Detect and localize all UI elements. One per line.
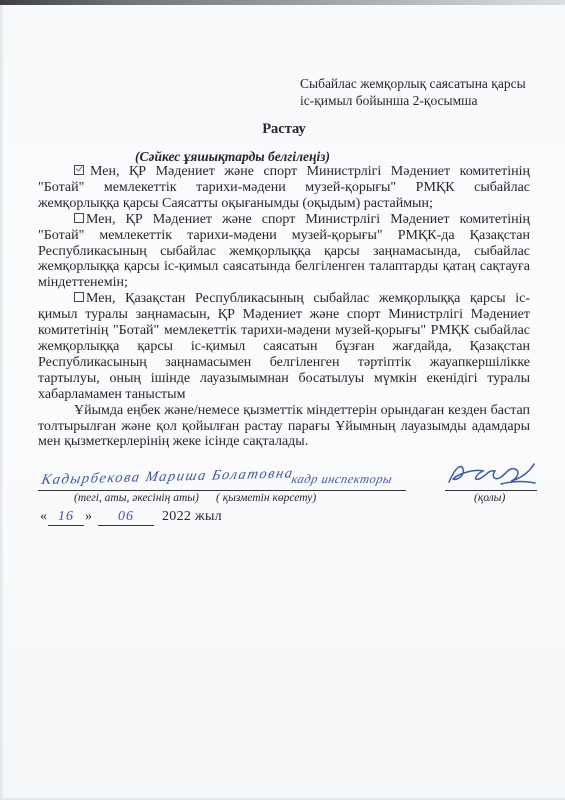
date-line: «16»062022 жыл [40, 509, 222, 526]
label-signature: (қолы) [474, 492, 505, 504]
appendix-header-line2: іс-қимыл бойынша 2-қосымша [300, 93, 526, 110]
paragraph-policy-read: Мен, ҚР Мәдениет және спорт Министрлігі … [38, 164, 530, 212]
signature-sign-line [445, 464, 537, 491]
label-full-name: (тегі, аты, әкесінің аты) [74, 492, 199, 504]
checkbox-policy-read [74, 165, 84, 175]
date-open-quote: « [40, 509, 47, 524]
checkbox-liability-notice [74, 292, 84, 302]
paragraph-liability-notice-text: Мен, Қазақстан Республикасының сыбайлас … [38, 291, 530, 401]
scanned-document-page: { "page": { "header_line1": "Сыбайлас же… [0, 0, 565, 800]
paragraph-liability-notice: Мен, Қазақстан Республикасының сыбайлас … [38, 291, 530, 402]
checkbox-compliance-obligation [74, 213, 84, 223]
signature-labels: (тегі, аты, әкесінің аты) ( қызметін көр… [38, 492, 530, 508]
handwritten-month: 06 [98, 509, 154, 526]
date-close-quote: » [85, 509, 92, 524]
handwritten-name: Кадырбекова Мариша Болатовна [40, 465, 295, 489]
paragraph-compliance-obligation: Мен, ҚР Мәдениет және спорт Министрлігі … [38, 212, 530, 292]
paragraph-policy-read-text: Мен, ҚР Мәдениет және спорт Министрлігі … [38, 164, 530, 211]
signature-name-line: Кадырбекова Мариша Болатовна кадр инспек… [38, 464, 406, 491]
instruction-line: (Сәйкес ұяшықтарды белгілеңіз) [38, 149, 330, 165]
appendix-header: Сыбайлас жемқорлық саясатына қарсы іс-қи… [300, 76, 526, 109]
scan-edge-top [0, 0, 565, 5]
handwritten-position: кадр инспекторы [290, 472, 394, 487]
paragraph-storage-note: Ұйымда еңбек және/немесе қызметтік мінде… [38, 403, 530, 451]
document-title: Растау [38, 121, 530, 138]
paragraph-storage-note-text: Ұйымда еңбек және/немесе қызметтік мінде… [38, 403, 530, 450]
document-body: Мен, ҚР Мәдениет және спорт Министрлігі … [38, 164, 530, 450]
appendix-header-line1: Сыбайлас жемқорлық саясатына қарсы [300, 76, 526, 93]
date-year: 2022 жыл [162, 509, 222, 524]
handwritten-day: 16 [48, 509, 84, 526]
paragraph-compliance-obligation-text: Мен, ҚР Мәдениет және спорт Министрлігі … [38, 212, 530, 291]
scan-edge-left [0, 5, 4, 800]
label-position: ( қызметін көрсету) [216, 492, 316, 504]
